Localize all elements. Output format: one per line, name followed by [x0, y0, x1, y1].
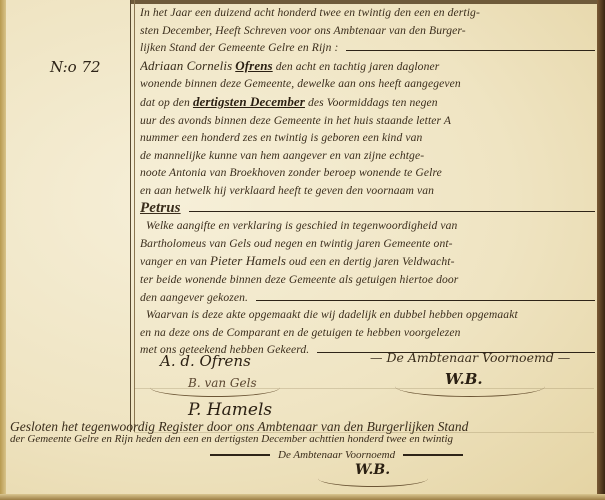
record-text: den acht en tachtig jaren dagloner [276, 58, 440, 76]
record-line: vanger en van Pieter Hamels oud een en d… [140, 252, 595, 271]
record-text: Welke aangifte en verklaring is geschied… [146, 217, 457, 235]
record-line: Waarvan is deze akte opgemaakt die wij d… [140, 306, 595, 324]
witness2-name: Pieter Hamels [210, 252, 286, 270]
record-line: In het Jaar een duizend acht honderd twe… [140, 4, 595, 22]
record-text: oud een en dertig jaren Veldwacht- [289, 253, 455, 271]
record-text: en na deze ons de Comparant en de getuig… [140, 324, 461, 342]
record-text: den aangever gekozen. [140, 289, 248, 307]
record-line: en na deze ons de Comparant en de getuig… [140, 324, 595, 342]
record-line: sten December, Heeft Schreven voor ons A… [140, 22, 595, 40]
register-page: N:o 72 In het Jaar een duizend acht hond… [0, 0, 605, 500]
register-closing-line: der Gemeente Gelre en Rijn heden den een… [10, 433, 600, 446]
signature-declarant: A. d. Ofrens [160, 352, 251, 370]
signature-flourish [318, 470, 428, 487]
record-text: nummer een honderd zes en twintig is geb… [140, 129, 422, 147]
record-text: lijken Stand der Gemeente Gelre en Rijn … [140, 39, 338, 57]
official-title: — De Ambtenaar Voornoemd — [370, 350, 570, 365]
record-text: In het Jaar een duizend acht honderd twe… [140, 4, 480, 22]
record-line: dat op den dertigsten December des Voorm… [140, 93, 595, 112]
official-title-text: De Ambtenaar Voornoemd [386, 350, 553, 365]
record-body: In het Jaar een duizend acht honderd twe… [140, 4, 595, 359]
birth-date: dertigsten December [193, 93, 305, 111]
register-closing-official-title: De Ambtenaar Voornoemd [278, 449, 395, 461]
record-number: N:o 72 [50, 58, 101, 76]
page-binding-edge [0, 0, 6, 500]
record-text: vanger en van [140, 253, 207, 271]
signature-flourish [395, 376, 545, 397]
record-line: de mannelijke kunne van hem aangever en … [140, 147, 595, 165]
signature-witness2: P. Hamels [188, 400, 272, 420]
record-text: uur des avonds binnen deze Gemeente in h… [140, 112, 451, 130]
page-bottom-edge [0, 494, 605, 500]
record-line: Petrus [140, 200, 595, 218]
declarant-name: Adriaan Cornelis [140, 57, 232, 75]
record-line: Welke aangifte en verklaring is geschied… [140, 217, 595, 235]
record-line: uur des avonds binnen deze Gemeente in h… [140, 112, 595, 130]
dash-rule [210, 454, 270, 455]
record-text: des Voormiddags ten negen [308, 94, 438, 112]
line-filler-rule [346, 42, 595, 51]
record-line: nummer een honderd zes en twintig is geb… [140, 129, 595, 147]
record-text: en aan hetwelk hij verklaard heeft te ge… [140, 182, 434, 200]
record-line: en aan hetwelk hij verklaard heeft te ge… [140, 182, 595, 200]
register-closing-official: De Ambtenaar Voornoemd [210, 449, 463, 461]
register-closing-line: Gesloten het tegenwoordig Register door … [10, 420, 600, 433]
record-line: den aangever gekozen. [140, 289, 595, 307]
signature-flourish [150, 378, 280, 397]
record-line: wonende binnen deze Gemeente, dewelke aa… [140, 75, 595, 93]
record-text: wonende binnen deze Gemeente, dewelke aa… [140, 75, 461, 93]
record-text: Bartholomeus van Gels oud negen en twint… [140, 235, 453, 253]
record-text: sten December, Heeft Schreven voor ons A… [140, 22, 466, 40]
record-text: de mannelijke kunne van hem aangever en … [140, 147, 424, 165]
record-text: dat op den [140, 94, 190, 112]
register-closing: Gesloten het tegenwoordig Register door … [10, 420, 600, 446]
declarant-surname: Ofrens [235, 57, 272, 75]
record-text: noote Antonia van Broekhoven zonder bero… [140, 164, 442, 182]
record-line: noote Antonia van Broekhoven zonder bero… [140, 164, 595, 182]
record-text: ter beide wonende binnen deze Gemeente a… [140, 271, 458, 289]
line-filler-rule [189, 203, 595, 212]
line-filler-rule [256, 292, 595, 301]
record-line: Bartholomeus van Gels oud negen en twint… [140, 235, 595, 253]
record-text: Waarvan is deze akte opgemaakt die wij d… [146, 306, 518, 324]
record-line: ter beide wonende binnen deze Gemeente a… [140, 271, 595, 289]
dash-rule [403, 454, 463, 455]
record-line: lijken Stand der Gemeente Gelre en Rijn … [140, 39, 595, 57]
margin-rule [130, 0, 131, 432]
child-name: Petrus [140, 200, 181, 218]
record-line: Adriaan Cornelis Ofrens den acht en tach… [140, 57, 595, 76]
margin-rule-inner [134, 0, 135, 432]
